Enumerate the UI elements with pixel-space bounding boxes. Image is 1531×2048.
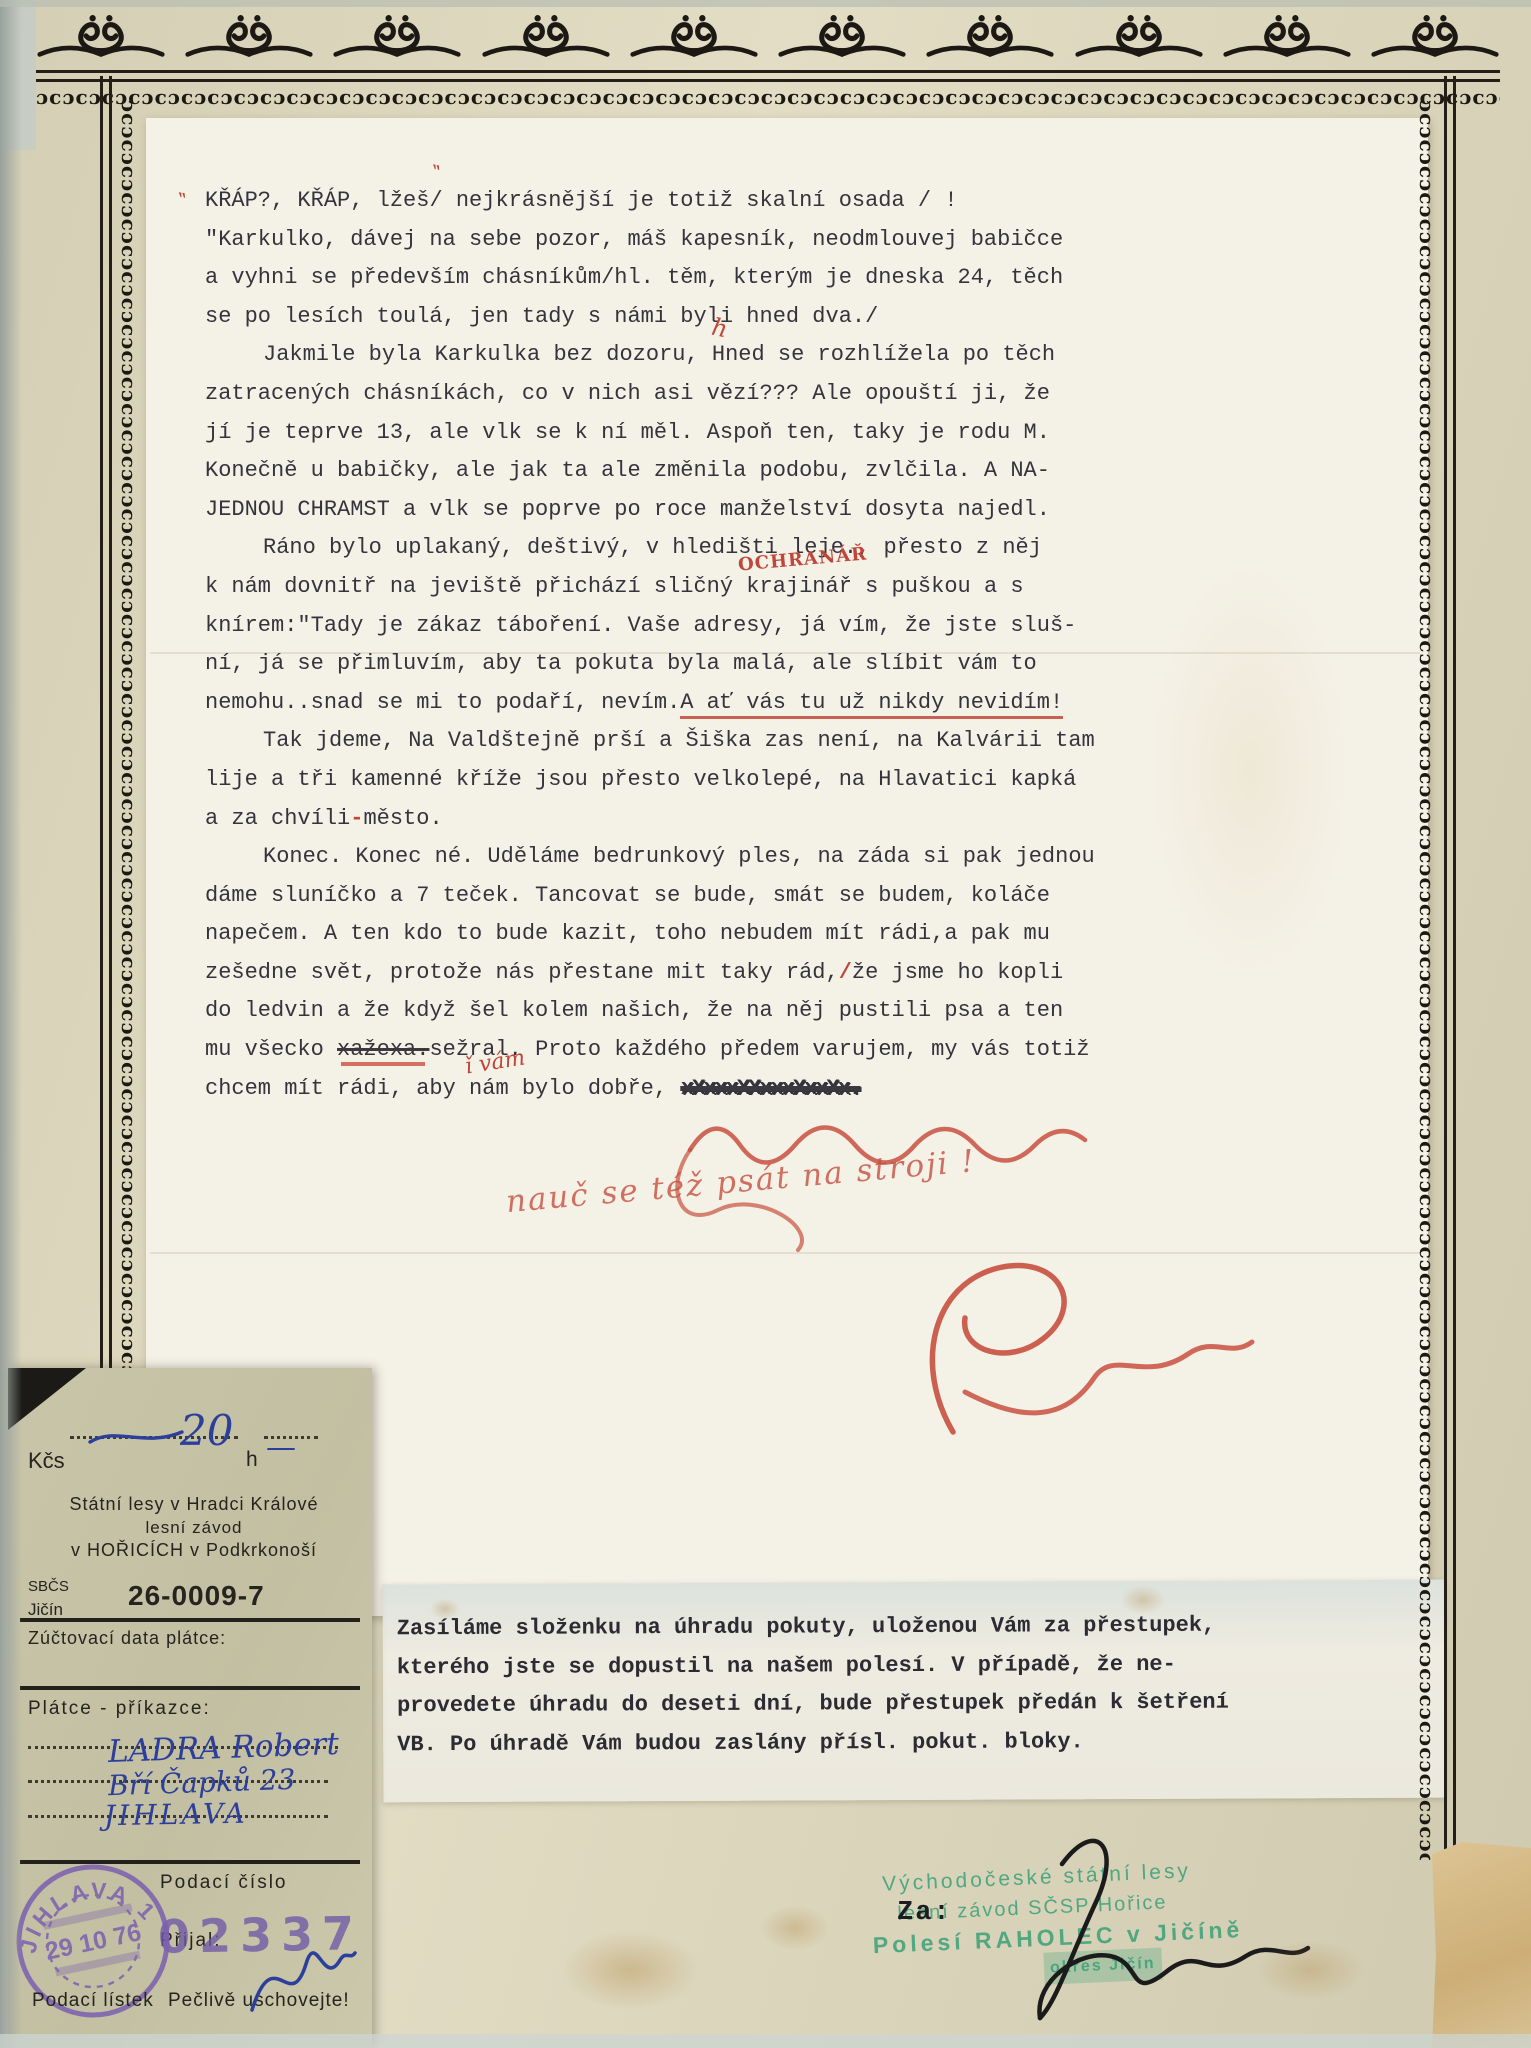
typed-segment: se rozhlížela po těch (765, 342, 1055, 367)
frame-ornament-top (36, 6, 1500, 64)
typed-segment: Tak jdeme, Na Valdštejně prší a Šiška za… (263, 728, 1095, 753)
typed-line: nemohu..snad se mi to podaří, nevím.A ať… (205, 684, 1185, 723)
typed-segment: /‶ (429, 188, 442, 213)
typed-segment: napečem. A ten kdo to bude kazit, toho n… (205, 921, 1050, 946)
blue-swash (86, 1424, 186, 1450)
typed-line: Konečně u babičky, ale jak ta ale změnil… (205, 452, 1185, 491)
typed-segment: Hnedh (712, 342, 765, 367)
typed-letter-text: ‶KŘÁP?, KŘÁP, lžeš/‶ nejkrásnější je tot… (205, 182, 1185, 1108)
org-line-1: Státní lesy v Hradci Králové (44, 1494, 344, 1515)
typed-line: knírem:"Tady je zákaz táboření. Vaše adr… (205, 607, 1185, 646)
typed-line: "Karkulko, dávej na sebe pozor, máš kape… (205, 221, 1185, 260)
typed-notice-strip: Zasíláme složenku na úhradu pokuty, ulož… (383, 1580, 1446, 1803)
typed-line: Konec. Konec né. Uděláme bedrunkový ples… (205, 838, 1185, 877)
typed-line: ‶KŘÁP?, KŘÁP, lžeš/‶ nejkrásnější je tot… (205, 182, 1185, 221)
typed-segment: a vyhni se především chásníkům/hl. těm, … (205, 265, 1063, 290)
sbcs-label: SBČS (28, 1578, 69, 1595)
typed-segment: město. (363, 806, 442, 831)
typed-segment: Jakmile byla Karkulka bez dozoru, (263, 342, 712, 367)
typed-notice-text: Zasíláme složenku na úhradu pokuty, ulož… (397, 1607, 1229, 1765)
typed-line: a vyhni se především chásníkům/hl. těm, … (205, 259, 1185, 298)
typed-segment: ní, já se přimluvím, aby ta pokuta byla … (205, 651, 1037, 676)
typed-segment: A ať vás tu už nikdy nevidím! (680, 690, 1063, 719)
payer-name-handwritten: LADRA Robert (107, 1726, 339, 1770)
typed-segment: xažexa. (337, 1037, 429, 1062)
typed-line: a za chvíli-město. (205, 800, 1185, 839)
typed-segment: "Karkulko, dávej na sebe pozor, máš kape… (205, 227, 1063, 252)
typed-segment: lije a tři kamenné kříže jsou přesto vel… (205, 767, 1076, 792)
frame-chain-top: ɔcɔcɔcɔcɔcɔcɔcɔcɔcɔcɔcɔcɔcɔcɔcɔcɔcɔcɔcɔc… (36, 84, 1500, 114)
typed-segment: - (350, 806, 363, 831)
typed-line: lije a tři kamenné kříže jsou přesto vel… (205, 761, 1185, 800)
org-line-2: lesní závod (44, 1518, 344, 1538)
za-label: Za: (897, 1898, 952, 1928)
zuctovaci-label: Zúčtovací data plátce: (28, 1628, 226, 1649)
amount-handwritten: 20 (180, 1406, 233, 1455)
typed-segment: se po lesích toulá, jen tady s námi byli… (205, 304, 878, 329)
stain (560, 1930, 700, 2010)
typed-line: mu všecko xažexa.sežral. Proto každého p… (205, 1031, 1185, 1070)
typed-segment: s puškou a s (852, 574, 1024, 599)
typed-line: JEDNOU CHRAMST a vlk se poprve po roce m… (205, 491, 1185, 530)
typed-segment: Konečně u babičky, ale jak ta ale změnil… (205, 458, 1050, 483)
red-signature-flourish (858, 1242, 1268, 1457)
frame-ornament-right (1458, 118, 1516, 1858)
kcs-label: Kčs (28, 1448, 65, 1474)
typed-segment: zešedne svět, protože nás přestane mit t… (205, 960, 839, 985)
frame-chain-right: ɔcɔcɔcɔcɔcɔcɔcɔcɔcɔcɔcɔcɔcɔcɔcɔcɔcɔcɔcɔc… (1410, 100, 1440, 1860)
payer-street-handwritten: Bří Čapků 23 (107, 1763, 295, 1803)
account-number: 26-0009-7 (128, 1580, 265, 1612)
torn-paper-patch (1432, 1842, 1531, 2048)
typed-line: jí je teprve 13, ale vlk se k ní měl. As… (205, 414, 1185, 453)
jicin-label: Jičín (28, 1600, 63, 1620)
scanned-document: ɔcɔcɔcɔcɔcɔcɔcɔcɔcɔcɔcɔcɔcɔcɔcɔcɔcɔcɔcɔc… (0, 0, 1531, 2048)
notice-line: kterého jste se dopustil na našem polesí… (397, 1645, 1229, 1687)
typed-segment: / (839, 960, 852, 985)
podaci-listek-label: Podací lístek (32, 1990, 154, 2012)
typed-segment: nejkrásnější je totiž skalní osada / ! (443, 188, 958, 213)
platce-label: Plátce - příkazce: (28, 1698, 211, 1720)
payment-slip: Kčs 20 h — Státní lesy v Hradci Králové … (8, 1368, 372, 2048)
typed-segment: knírem:"Tady je zákaz táboření. Vaše adr… (205, 613, 1076, 638)
typed-segment: chcem mít rádi, aby (205, 1076, 469, 1101)
typed-segment: zatracených chásníkách, co v nich asi vě… (205, 381, 1050, 406)
typed-line: ní, já se přimluvím, aby ta pokuta byla … (205, 645, 1185, 684)
typed-segment: sežral. Proto každého předem varujem, my… (429, 1037, 1089, 1062)
typed-segment: nám ǐ vám (469, 1076, 522, 1101)
notice-line: Zasíláme složenku na úhradu pokuty, ulož… (397, 1607, 1229, 1649)
typed-line: zatracených chásníkách, co v nich asi vě… (205, 375, 1185, 414)
typed-line: se po lesích toulá, jen tady s námi byli… (205, 298, 1185, 337)
haler-label: h (246, 1448, 258, 1472)
typed-segment: JEDNOU CHRAMST a vlk se poprve po roce m… (205, 497, 1050, 522)
typed-segment: a za chvíli (205, 806, 350, 831)
typed-segment: jí je teprve 13, ale vlk se k ní měl. As… (205, 420, 1050, 445)
slip-rule (20, 1618, 360, 1622)
typed-segment: krajinářOCHRANÁŘ (746, 574, 852, 599)
slip-rule (20, 1686, 360, 1690)
org-line-3: v HOŘICÍCH v Podkrkonoší (44, 1540, 344, 1561)
typed-line: k nám dovnitř na jeviště přichází sličný… (205, 568, 1185, 607)
typed-segment: že jsme ho kopli (852, 960, 1063, 985)
typed-segment: KŘÁP?, KŘÁP, lžeš (205, 188, 429, 213)
scan-edge-top (0, 0, 1531, 7)
typed-line: napečem. A ten kdo to bude kazit, toho n… (205, 915, 1185, 954)
notice-line: provedete úhradu do deseti dní, bude pře… (397, 1684, 1229, 1726)
stain (760, 1905, 830, 1951)
typed-line: Jakmile byla Karkulka bez dozoru, Hnedh … (205, 336, 1185, 375)
typed-segment: bylo dobře, (522, 1076, 680, 1101)
amount-dash: — (266, 1430, 296, 1465)
typed-line: dáme sluníčko a 7 teček. Tancovat se bud… (205, 877, 1185, 916)
typed-segment: mu všecko (205, 1037, 337, 1062)
scan-edge-left (0, 0, 22, 2048)
typed-line: Ráno bylo uplakaný, deštivý, v hledišti … (205, 529, 1185, 568)
typed-line: Tak jdeme, Na Valdštejně prší a Šiška za… (205, 722, 1185, 761)
red-scribble (660, 1088, 1160, 1263)
typed-segment: dáme sluníčko a 7 teček. Tancovat se bud… (205, 883, 1050, 908)
typed-segment: nemohu..snad se mi to podaří, nevím. (205, 690, 680, 715)
frame-rule-right (1444, 76, 1456, 1860)
notice-line: VB. Po úhradě Vám budou zaslány přísl. p… (397, 1722, 1229, 1764)
typed-segment: do ledvin a že když šel kolem našich, že… (205, 998, 1063, 1023)
podaci-cislo-label: Podací číslo (160, 1872, 288, 1894)
black-ink-signature (1000, 1830, 1340, 2030)
scan-edge-bottom (0, 2034, 1531, 2048)
red-annotation: h (710, 315, 730, 342)
typed-line: zešedne svět, protože nás přestane mit t… (205, 954, 1185, 993)
frame-rule-top (36, 70, 1500, 82)
typed-segment: Konec. Konec né. Uděláme bedrunkový ples… (263, 844, 1095, 869)
typed-segment: Ráno bylo uplakaný, deštivý, v hledišti … (263, 535, 1042, 560)
payer-city-handwritten: JIHLAVA (104, 1797, 248, 1833)
blue-signature-squiggle (240, 1928, 360, 2033)
typed-segment: k nám dovnitř na jeviště přichází sličný (205, 574, 746, 599)
typed-line: do ledvin a že když šel kolem našich, že… (205, 992, 1185, 1031)
